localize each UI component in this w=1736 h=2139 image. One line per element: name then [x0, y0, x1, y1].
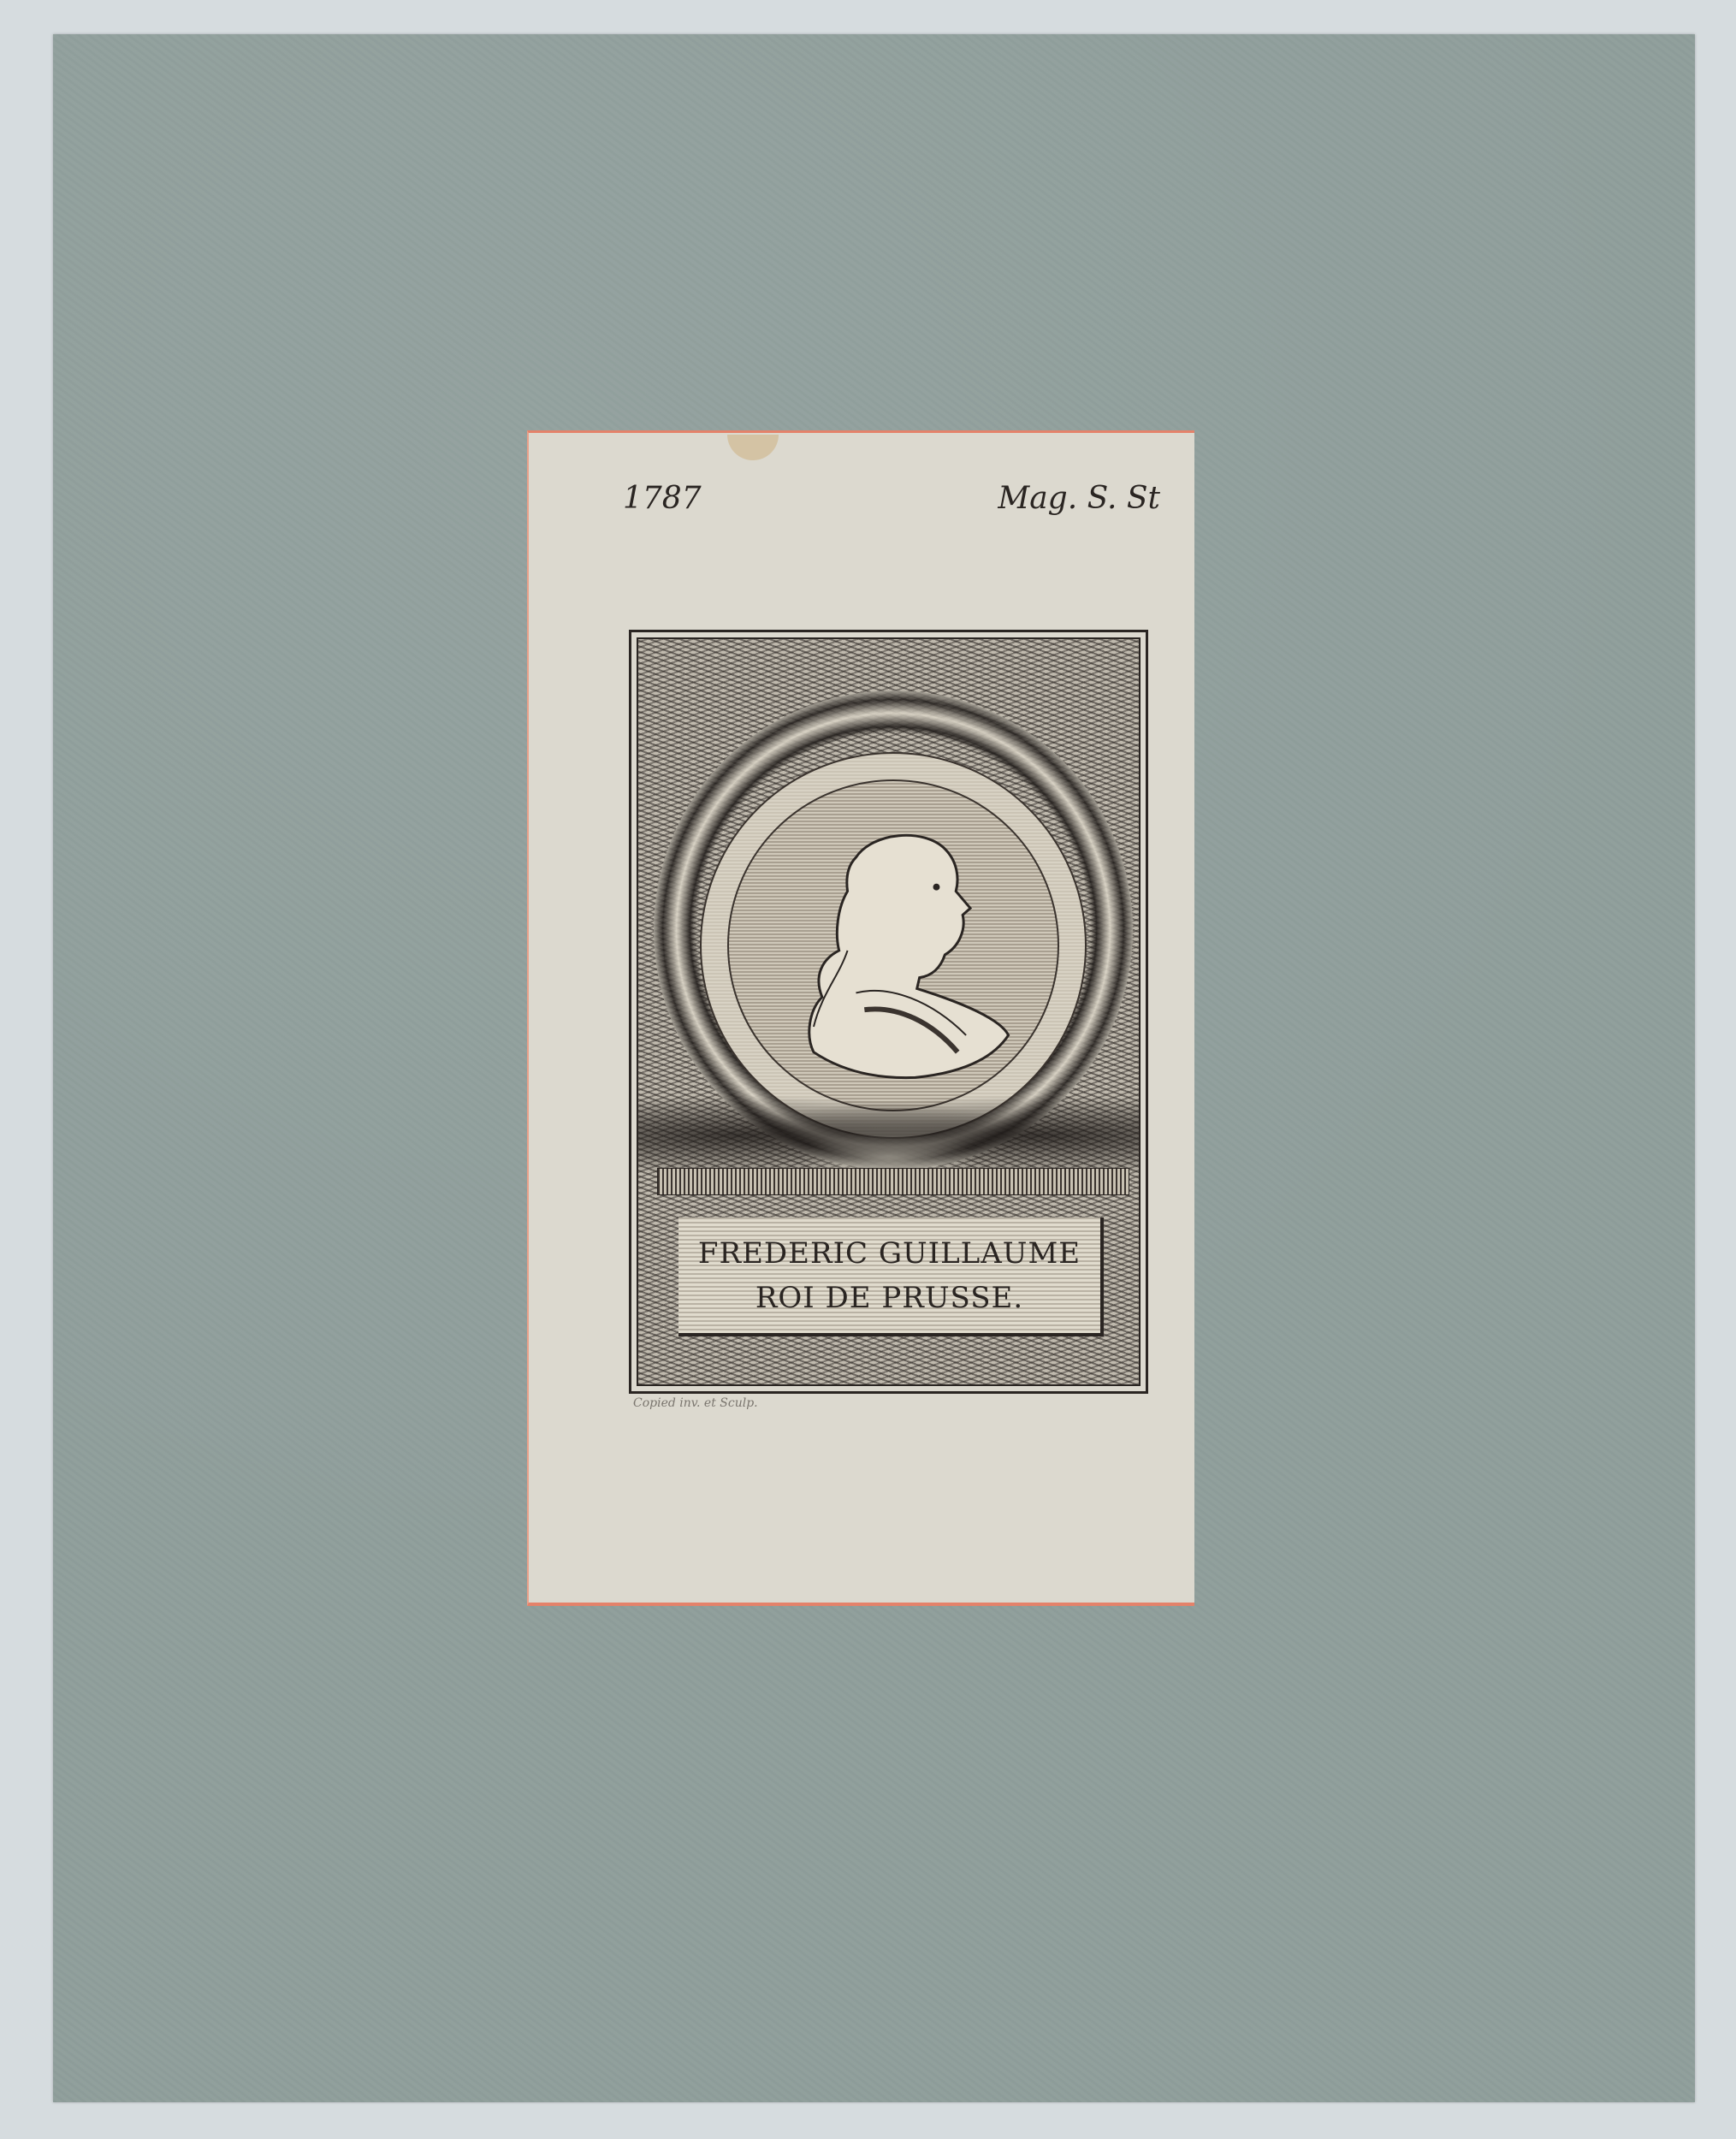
foxing-stain [727, 435, 779, 460]
engraver-signature: Copied inv. et Sculp. [633, 1396, 758, 1410]
caption-line-1: FREDERIC GUILLAUME [698, 1231, 1081, 1276]
caption-plaque: FREDERIC GUILLAUME ROI DE PRUSSE. [678, 1218, 1104, 1336]
year-inscription: 1787 [623, 481, 702, 516]
print-sheet: 1787 Mag. S. St FREDERIC GUILLAUME [527, 430, 1194, 1606]
medallion-frame [700, 752, 1087, 1139]
engraved-plate: FREDERIC GUILLAUME ROI DE PRUSSE. [629, 630, 1148, 1394]
caption-line-2: ROI DE PRUSSE. [755, 1276, 1023, 1320]
portrait-bust-icon [729, 781, 1058, 1110]
plinth-ledge [657, 1168, 1129, 1195]
magazine-inscription: Mag. S. St [998, 481, 1160, 516]
crosshatched-background: FREDERIC GUILLAUME ROI DE PRUSSE. [637, 637, 1141, 1386]
portrait-medallion [727, 779, 1059, 1111]
